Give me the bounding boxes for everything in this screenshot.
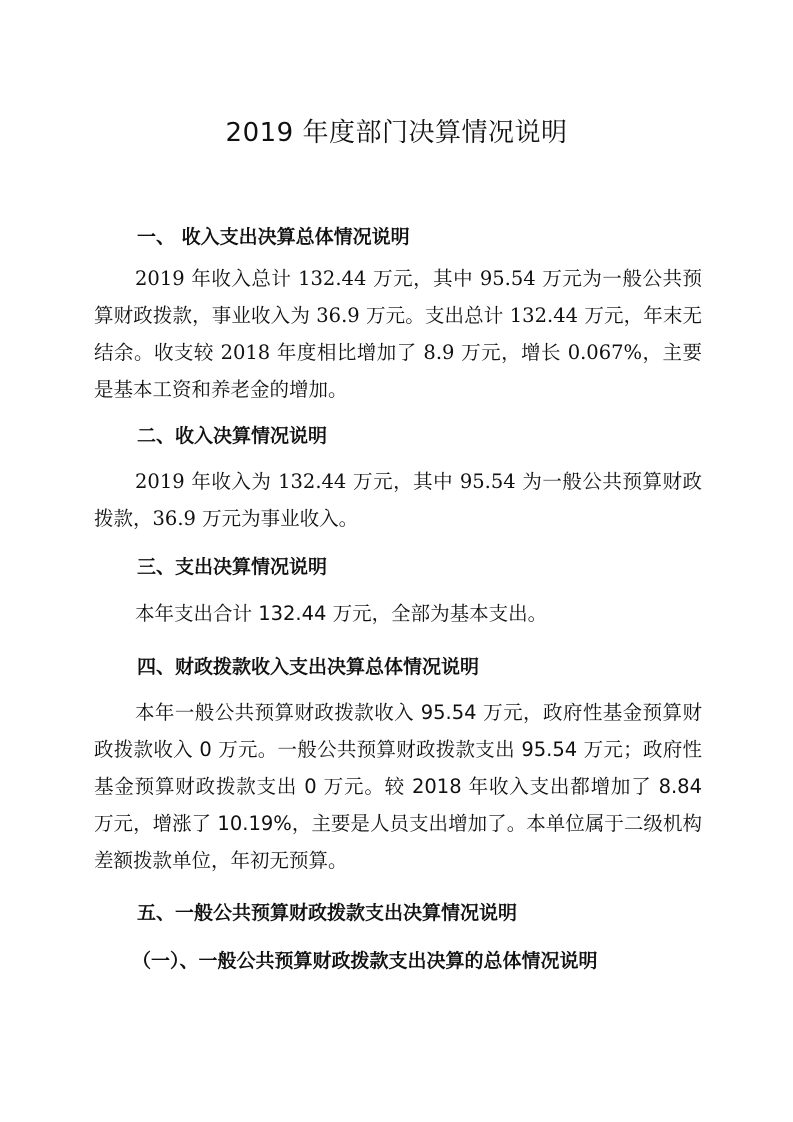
section-heading-1: 一、 收入支出决算总体情况说明 bbox=[137, 222, 410, 249]
document-title: 2019 年度部门决算情况说明 bbox=[0, 112, 793, 149]
section-4-paragraph: 本年一般公共预算财政拨款收入 95.54 万元，政府性基金预算财政拨款收入 0 … bbox=[94, 694, 702, 879]
section-2-paragraph: 2019 年收入为 132.44 万元，其中 95.54 为一般公共预算财政拨款… bbox=[94, 463, 702, 537]
section-3-paragraph: 本年支出合计 132.44 万元，全部为基本支出。 bbox=[94, 595, 702, 632]
section-heading-2: 二、收入决算情况说明 bbox=[137, 421, 327, 448]
section-heading-5: 五、一般公共预算财政拨款支出决算情况说明 bbox=[137, 898, 517, 925]
section-heading-4: 四、财政拨款收入支出决算总体情况说明 bbox=[137, 652, 479, 679]
document-page: 2019 年度部门决算情况说明 一、 收入支出决算总体情况说明 2019 年收入… bbox=[0, 0, 793, 1122]
section-heading-3: 三、支出决算情况说明 bbox=[137, 552, 327, 579]
section-1-paragraph: 2019 年收入总计 132.44 万元，其中 95.54 万元为一般公共预算财… bbox=[94, 260, 702, 408]
subsection-heading-5-1: （一）、一般公共预算财政拨款支出决算的总体情况说明 bbox=[132, 946, 598, 973]
